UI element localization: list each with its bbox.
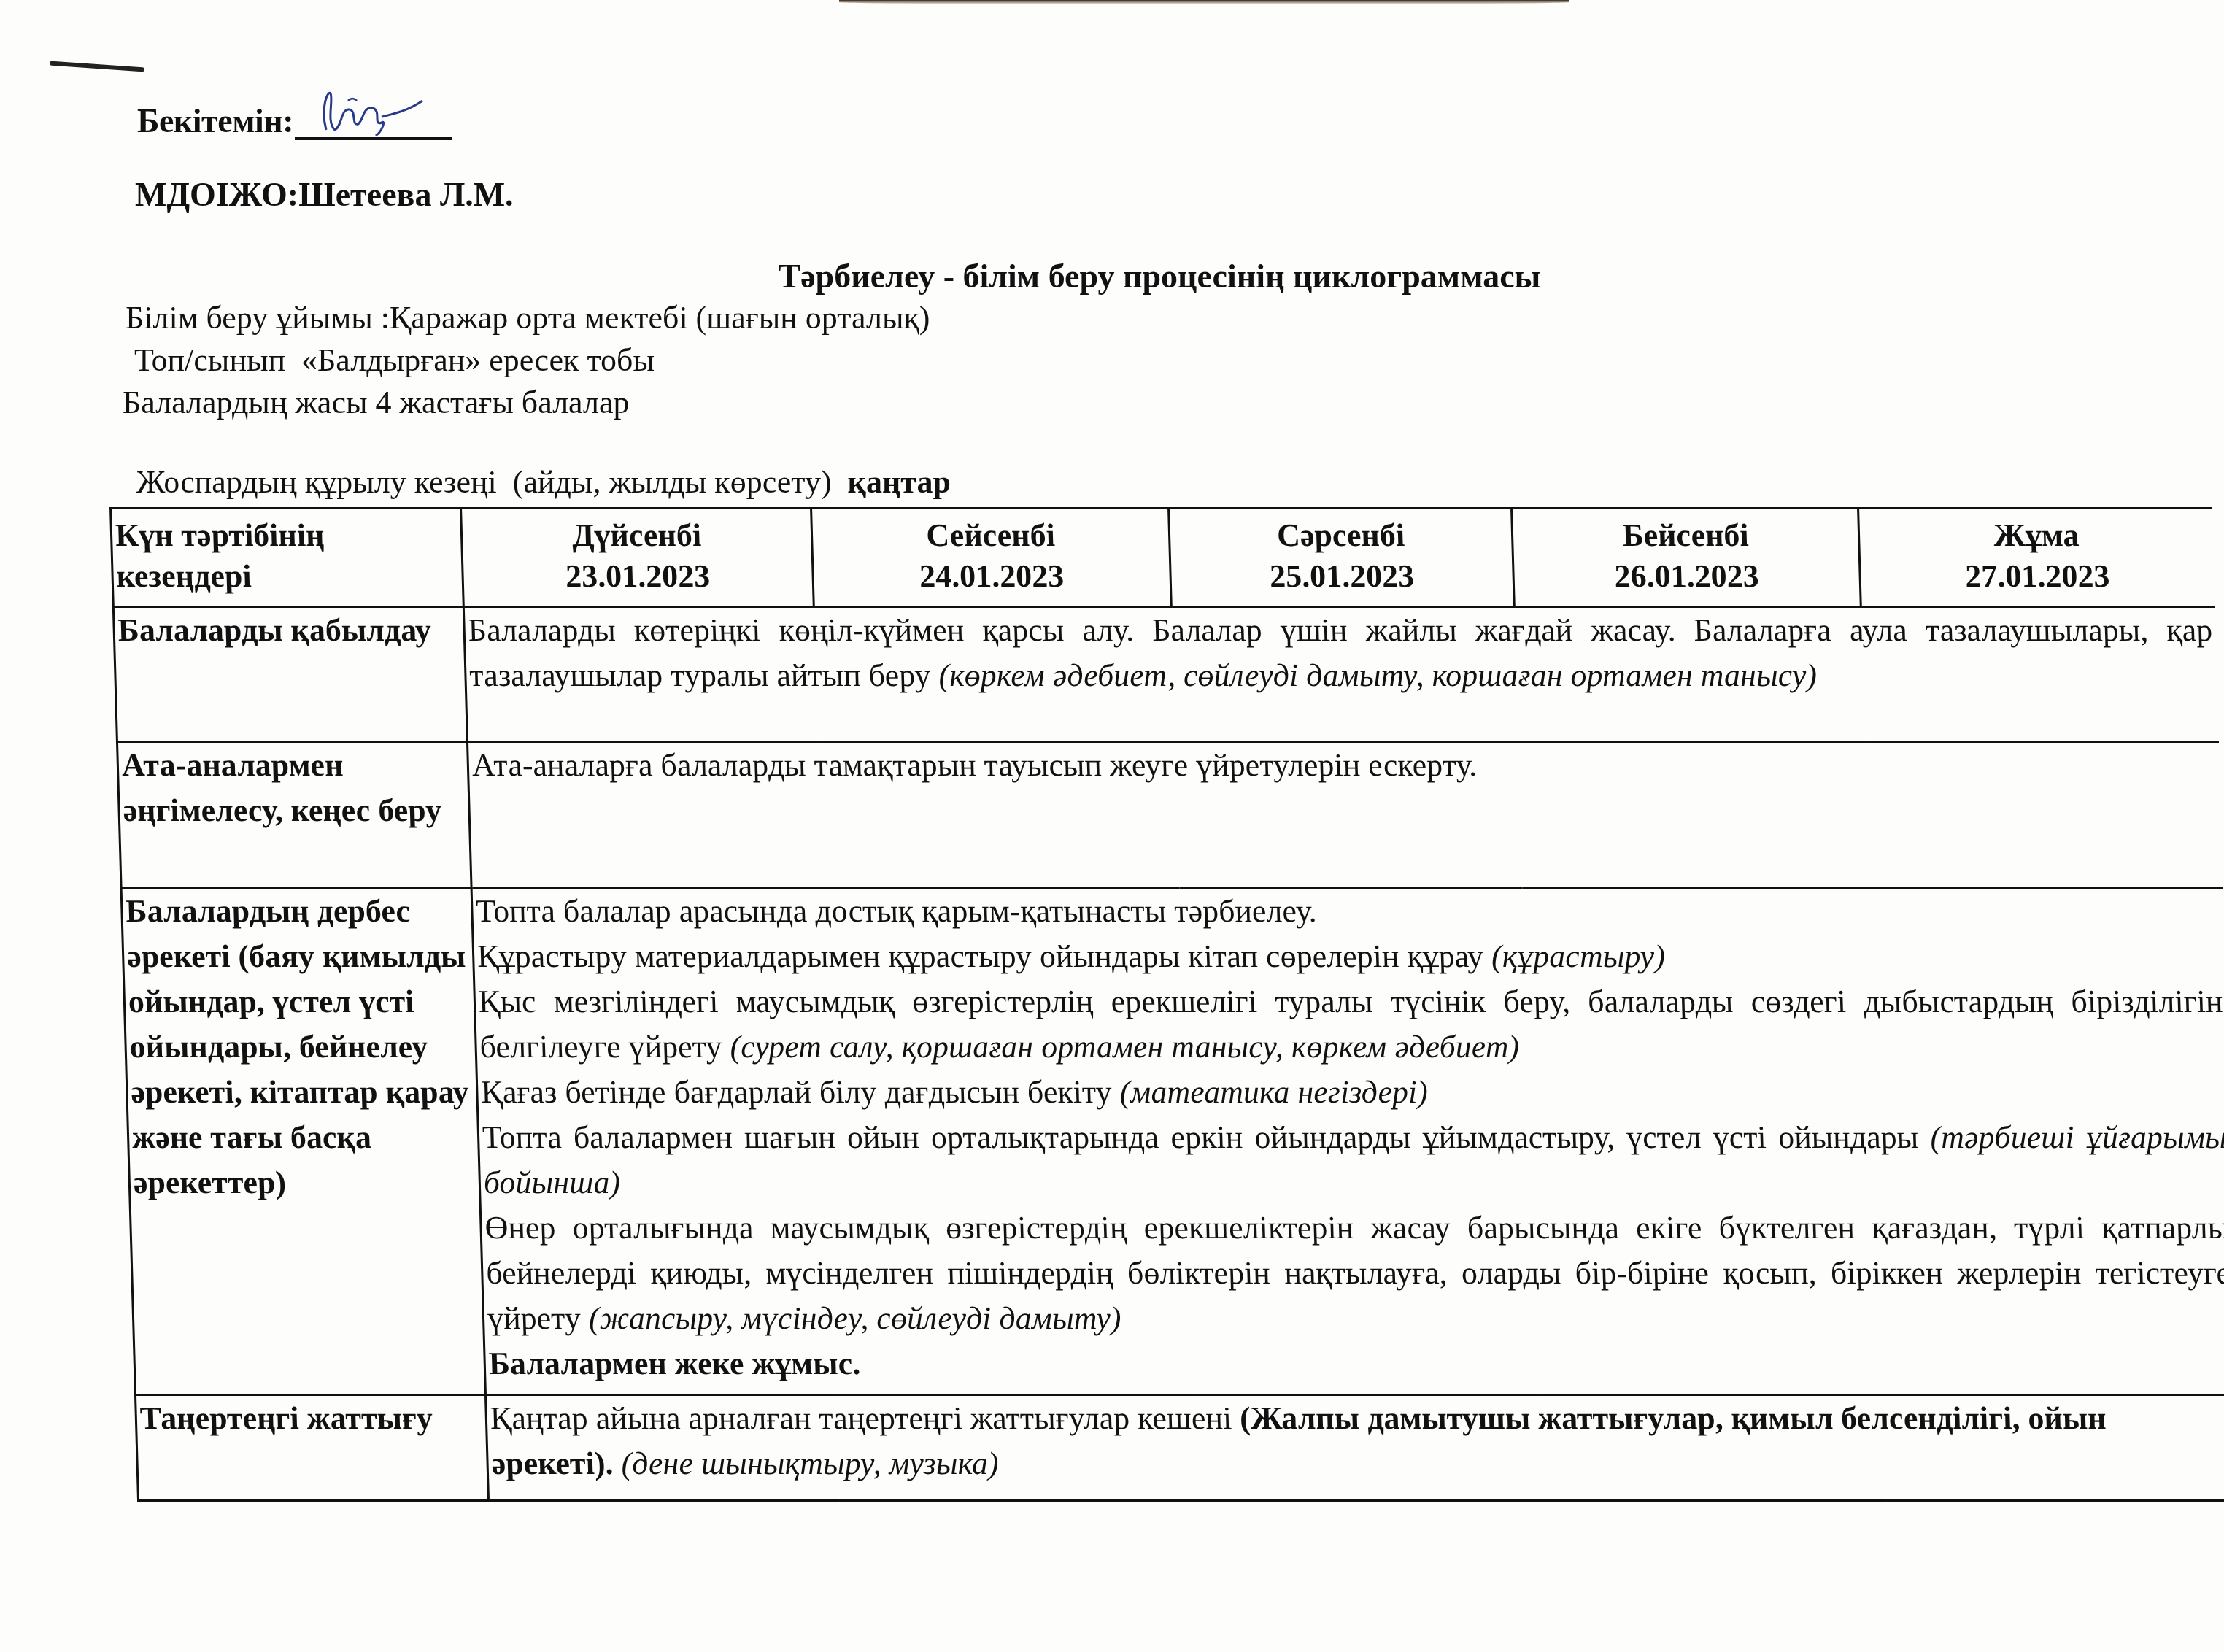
day-name: Сейсенбі	[926, 517, 1056, 553]
day-name: Дүйсенбі	[571, 517, 701, 553]
approval-line: Бекітемін:	[137, 86, 452, 140]
activity-item: Қыс мезгіліндегі маусымдық өзгерістерлің…	[478, 979, 2224, 1070]
day-date: 27.01.2023	[1965, 558, 2110, 594]
day-date: 26.01.2023	[1614, 558, 1759, 594]
row-content: Балаларды көтеріңкі көңіл-күймен қарсы а…	[463, 607, 2218, 742]
activity-item: Құрастыру материалдарымен құрастыру ойын…	[476, 934, 2222, 979]
table-row-reception: Балаларды қабылдау Балаларды көтеріңкі к…	[113, 607, 2218, 742]
row-content: Ата-аналарға балаларды тамақтарын тауысы…	[467, 742, 2223, 888]
day-date: 23.01.2023	[565, 558, 710, 594]
approval-label: Бекітемін:	[137, 101, 293, 140]
individual-work: Балалармен жеке жұмыс.	[488, 1341, 2224, 1386]
row-label: Ата-аналармен әңгімелесу, кеңес беру	[117, 742, 471, 888]
cyclogram-table: Күн тәртібінің кезеңдері Дүйсенбі 23.01.…	[109, 507, 2224, 1502]
activity-note: (сурет салу, қоршаған ортамен танысу, кө…	[730, 1029, 1520, 1065]
activity-item: Топта балалар арасында достық қарым-қаты…	[476, 889, 2221, 934]
row-label: Таңертеңгі жаттығу	[135, 1395, 488, 1501]
organization-line: Білім беру ұйымы :Қаражар орта мектебі (…	[126, 299, 930, 336]
activity-item: Қағаз бетінде бағдарлай білу дағдысын бе…	[481, 1070, 2224, 1115]
table-row-independent-activity: Балалардың дербес әрекеті (баяу қимылды …	[121, 888, 2224, 1395]
day-name: Бейсенбі	[1622, 517, 1750, 553]
activity-item: Өнер орталығында маусымдық өзгерістердің…	[484, 1205, 2224, 1341]
period-label: Жоспардың құрылу кезеңі (айды, жылды көр…	[136, 464, 832, 500]
day-header-tuesday: Сейсенбі 24.01.2023	[811, 509, 1172, 607]
signature-field	[295, 86, 452, 140]
table-header-row: Күн тәртібінің кезеңдері Дүйсенбі 23.01.…	[111, 509, 2215, 607]
age-line: Балалардың жасы 4 жастағы балалар	[123, 384, 630, 421]
signature-icon	[306, 86, 452, 137]
stage-header-line2: кезеңдері	[116, 558, 252, 594]
day-header-thursday: Бейсенбі 26.01.2023	[1512, 509, 1861, 607]
day-name: Сәрсенбі	[1276, 517, 1405, 553]
row-content: Топта балалар арасында достық қарым-қаты…	[471, 888, 2224, 1395]
page-edge-shadow	[839, 0, 1569, 4]
document-title: Тәрбиелеу - білім беру процесінің циклог…	[0, 257, 2224, 296]
activity-note: (құрастыру)	[1491, 938, 1665, 974]
period-line: Жоспардың құрылу кезеңі (айды, жылды көр…	[120, 426, 951, 501]
activity-text: Топта балалармен шағын ойын орталықтарын…	[482, 1119, 1918, 1155]
row-content: Қаңтар айына арналған таңертеңгі жаттығу…	[485, 1395, 2224, 1501]
activity-text: Құрастыру материалдарымен құрастыру ойын…	[477, 938, 1484, 974]
row-label: Балалардың дербес әрекеті (баяу қимылды …	[121, 888, 485, 1395]
stage-header-line1: Күн тәртібінің	[115, 517, 325, 553]
day-date: 25.01.2023	[1269, 558, 1414, 594]
table-row-morning-exercise: Таңертеңгі жаттығу Қаңтар айына арналған…	[135, 1395, 2224, 1501]
row-text: Ата-аналарға балаларды тамақтарын тауысы…	[471, 747, 1477, 783]
day-header-monday: Дүйсенбі 23.01.2023	[461, 509, 814, 607]
table-row-parents: Ата-аналармен әңгімелесу, кеңес беру Ата…	[117, 742, 2223, 888]
activity-text: Қағаз бетінде бағдарлай білу дағдысын бе…	[481, 1074, 1112, 1110]
day-header-wednesday: Сәрсенбі 25.01.2023	[1169, 509, 1515, 607]
approver-name: МДОІЖО:Шетеева Л.М.	[135, 175, 514, 214]
row-note: (көркем әдебиет, сөйлеуді дамыту, коршағ…	[938, 657, 1818, 693]
period-value: қаңтар	[848, 464, 951, 500]
day-date: 24.01.2023	[919, 558, 1064, 594]
stage-column-header: Күн тәртібінің кезеңдері	[111, 509, 464, 607]
day-name: Жұма	[1993, 517, 2080, 553]
pen-mark	[50, 61, 144, 72]
activity-text: Топта балалар арасында достық қарым-қаты…	[476, 893, 1317, 929]
day-header-friday: Жұма 27.01.2023	[1858, 509, 2215, 607]
activity-note: (жапсыру, мүсіндеу, сөйлеуді дамыту)	[588, 1300, 1121, 1336]
group-line: Топ/сынып «Балдырған» ересек тобы	[134, 341, 655, 379]
activity-item: Топта балалармен шағын ойын орталықтарын…	[482, 1115, 2224, 1205]
row-note: (дене шынықтыру, музыка)	[621, 1445, 999, 1481]
row-text: Қаңтар айына арналған таңертеңгі жаттығу…	[490, 1400, 1232, 1436]
row-label: Балаларды қабылдау	[113, 607, 467, 742]
activity-note: (матеатика негіздері)	[1119, 1074, 1429, 1110]
